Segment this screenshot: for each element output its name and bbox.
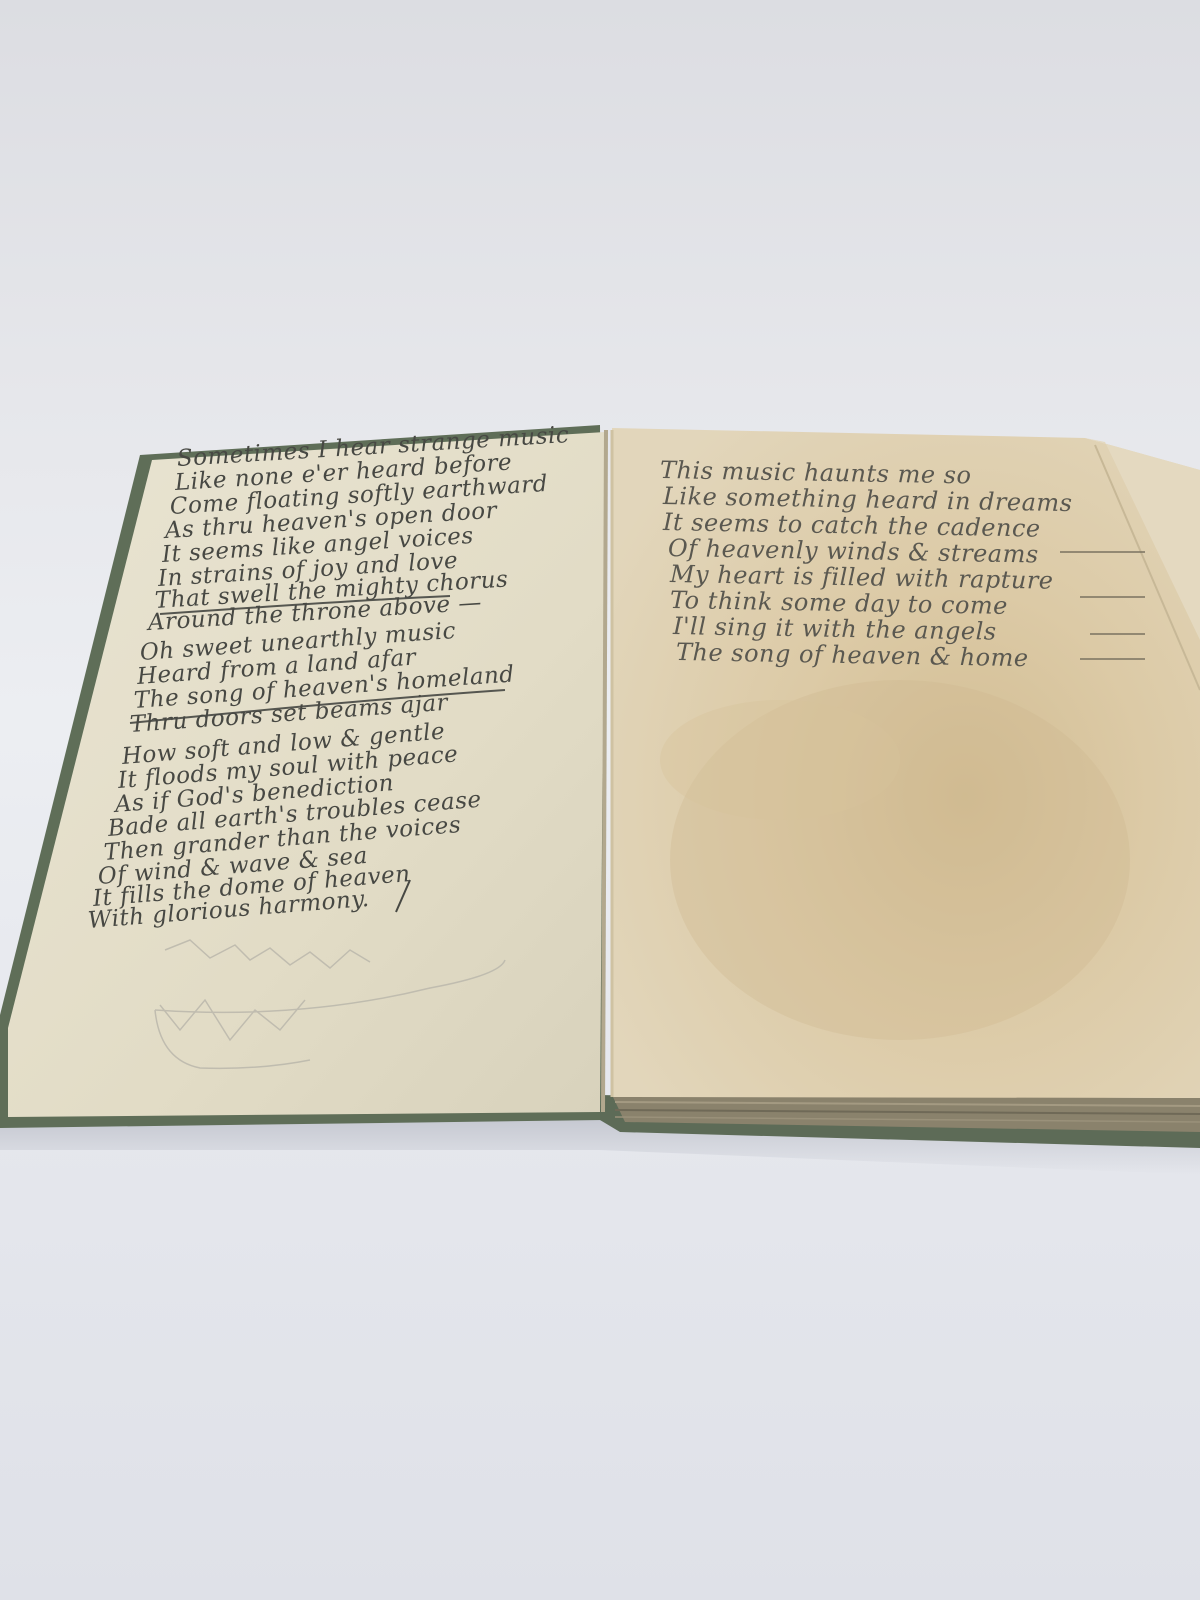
notebook-photo: Sometimes I hear strange music Like none… — [0, 0, 1200, 1600]
